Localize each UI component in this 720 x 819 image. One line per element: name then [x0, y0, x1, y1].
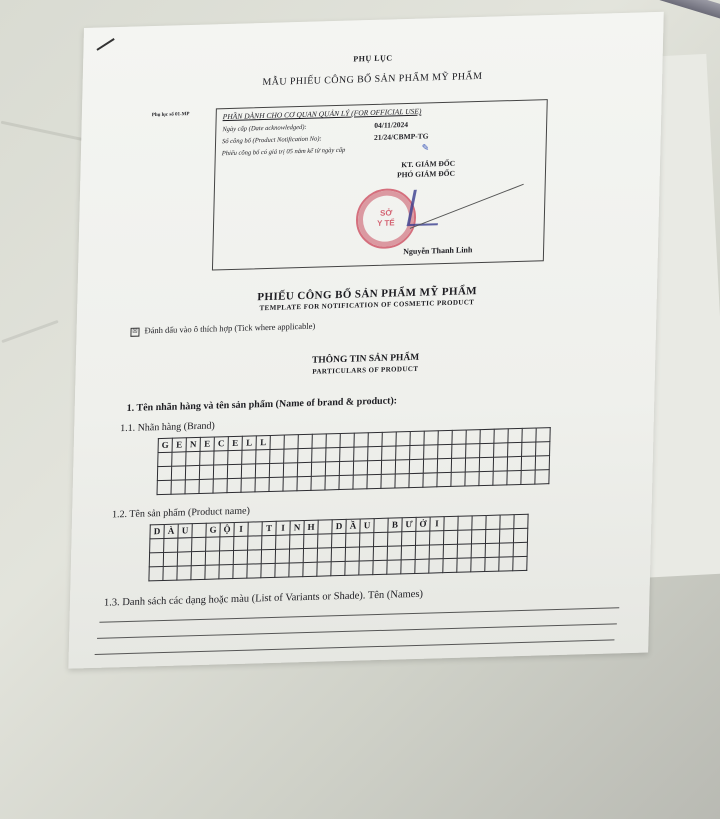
grid-cell: N	[290, 521, 304, 535]
grid-cell	[387, 560, 401, 574]
grid-cell	[206, 537, 220, 551]
product-name-letter-grid: DÀUGỘITINHDẦUBƯỞI	[148, 514, 528, 582]
grid-cell	[233, 550, 247, 564]
grid-cell	[471, 558, 485, 572]
grid-cell	[255, 478, 269, 492]
grid-cell	[255, 463, 269, 477]
grid-cell	[354, 447, 368, 461]
grid-cell	[149, 552, 163, 566]
appendix-label: PHỤ LỤC	[83, 46, 663, 71]
grid-cell	[374, 532, 388, 546]
grid-cell	[163, 566, 177, 580]
grid-cell	[457, 530, 471, 544]
grid-cell: G	[206, 523, 220, 537]
grid-cell: N	[186, 437, 200, 451]
grid-cell	[382, 432, 396, 446]
grid-cell	[522, 442, 536, 456]
signer-title-1: KT. GIÁM ĐỐC	[401, 159, 455, 170]
grid-cell	[535, 456, 549, 470]
grid-cell	[499, 543, 513, 557]
grid-cell	[191, 551, 205, 565]
grid-cell	[220, 537, 234, 551]
grid-cell	[284, 449, 298, 463]
grid-cell	[395, 474, 409, 488]
grid-cell	[185, 465, 199, 479]
notification-number-label: Số công bố (Product Notification No):	[222, 135, 322, 145]
grid-cell	[205, 565, 219, 579]
grid-cell	[507, 470, 521, 484]
grid-cell	[289, 563, 303, 577]
grid-cell	[359, 547, 373, 561]
grid-cell	[381, 460, 395, 474]
grid-cell	[401, 545, 415, 559]
grid-cell	[494, 443, 508, 457]
grid-cell	[191, 565, 205, 579]
grid-cell: Ộ	[220, 522, 234, 536]
grid-cell	[437, 458, 451, 472]
grid-cell	[261, 549, 275, 563]
grid-cell	[367, 474, 381, 488]
grid-cell	[164, 538, 178, 552]
grid-cell	[465, 472, 479, 486]
grid-cell	[513, 556, 527, 570]
grid-cell	[269, 463, 283, 477]
grid-cell	[340, 447, 354, 461]
grid-cell	[387, 532, 401, 546]
answer-line	[97, 623, 617, 639]
grid-cell	[466, 430, 480, 444]
grid-cell	[395, 460, 409, 474]
grid-cell	[270, 449, 284, 463]
grid-cell: I	[430, 517, 444, 531]
grid-cell	[312, 448, 326, 462]
grid-cell	[479, 457, 493, 471]
grid-cell	[270, 435, 284, 449]
grid-cell	[382, 446, 396, 460]
grid-cell	[261, 563, 275, 577]
grid-cell: E	[228, 436, 242, 450]
grid-cell	[452, 444, 466, 458]
grid-cell	[297, 476, 311, 490]
grid-cell	[415, 531, 429, 545]
grid-cell	[401, 531, 415, 545]
grid-cell	[401, 559, 415, 573]
grid-cell	[345, 561, 359, 575]
grid-cell	[325, 462, 339, 476]
grid-cell	[353, 461, 367, 475]
grid-cell: G	[158, 438, 172, 452]
document-page: PHỤ LỤC MẪU PHIẾU CÔNG BỐ SẢN PHẨM MỸ PH…	[68, 12, 663, 669]
grid-cell	[521, 456, 535, 470]
brand-letter-grid: GENECELL	[156, 427, 550, 495]
answer-line	[95, 639, 615, 655]
grid-cell	[451, 472, 465, 486]
grid-cell	[283, 463, 297, 477]
grid-cell	[192, 537, 206, 551]
grid-cell	[429, 531, 443, 545]
grid-cell	[298, 434, 312, 448]
marble-vein	[1, 121, 90, 143]
grid-cell	[234, 536, 248, 550]
grid-cell	[345, 547, 359, 561]
grid-cell	[311, 476, 325, 490]
grid-cell	[480, 429, 494, 443]
grid-cell	[415, 559, 429, 573]
grid-cell	[325, 476, 339, 490]
grid-cell	[507, 456, 521, 470]
grid-cell	[465, 458, 479, 472]
grid-cell	[157, 480, 171, 494]
grid-cell	[205, 551, 219, 565]
grid-cell	[480, 443, 494, 457]
grid-cell	[248, 522, 262, 536]
grid-cell	[242, 450, 256, 464]
grid-cell	[276, 535, 290, 549]
grid-cell	[373, 560, 387, 574]
grid-cell	[318, 534, 332, 548]
grid-cell	[326, 434, 340, 448]
grid-cell	[429, 545, 443, 559]
grid-cell	[353, 475, 367, 489]
form-title: MẪU PHIẾU CÔNG BỐ SẢN PHẨM MỸ PHẨM	[82, 66, 662, 93]
grid-cell	[471, 529, 485, 543]
grid-cell: I	[276, 521, 290, 535]
grid-cell: Ư	[402, 517, 416, 531]
date-value: 04/11/2024	[374, 120, 408, 130]
question-1-1-brand: 1.1. Nhãn hàng (Brand)	[120, 420, 215, 434]
tick-instruction-text: Đánh dấu vào ô thích hợp (Tick where app…	[144, 321, 315, 336]
grid-cell	[424, 445, 438, 459]
validity-note: Phiếu công bố có giá trị 05 năm kể từ ng…	[222, 147, 346, 157]
pen-mark	[96, 38, 114, 51]
grid-cell	[513, 542, 527, 556]
grid-cell	[536, 442, 550, 456]
grid-cell	[471, 543, 485, 557]
question-1-3-variants: 1.3. Danh sách các dạng hoặc màu (List o…	[104, 589, 423, 609]
grid-cell	[368, 432, 382, 446]
grid-cell: B	[388, 518, 402, 532]
grid-cell	[508, 428, 522, 442]
grid-cell: L	[256, 435, 270, 449]
grid-cell	[458, 516, 472, 530]
grid-cell	[262, 535, 276, 549]
grid-cell: À	[164, 524, 178, 538]
grid-cell: Ầ	[346, 519, 360, 533]
grid-cell	[443, 558, 457, 572]
grid-cell	[317, 548, 331, 562]
grid-cell	[298, 448, 312, 462]
grid-cell	[213, 465, 227, 479]
grid-cell	[373, 546, 387, 560]
grid-cell	[429, 559, 443, 573]
grid-cell	[521, 470, 535, 484]
grid-cell	[227, 478, 241, 492]
grid-cell	[499, 557, 513, 571]
grid-cell	[233, 564, 247, 578]
grid-cell	[514, 514, 528, 528]
grid-cell: I	[234, 522, 248, 536]
checked-box-icon: ☒	[130, 327, 139, 336]
stamp-line-1: SỞ	[380, 208, 392, 218]
grid-cell	[536, 428, 550, 442]
grid-cell	[248, 536, 262, 550]
grid-cell: D	[332, 519, 346, 533]
grid-cell	[284, 435, 298, 449]
grid-cell	[332, 533, 346, 547]
grid-cell	[269, 477, 283, 491]
grid-cell	[410, 431, 424, 445]
grid-cell	[318, 520, 332, 534]
grid-cell	[472, 515, 486, 529]
grid-cell	[457, 558, 471, 572]
grid-cell	[219, 565, 233, 579]
grid-cell	[256, 449, 270, 463]
grid-cell	[444, 516, 458, 530]
grid-cell	[199, 465, 213, 479]
grid-cell	[185, 479, 199, 493]
grid-cell	[409, 473, 423, 487]
grid-cell	[438, 444, 452, 458]
grid-cell	[178, 538, 192, 552]
grid-cell	[171, 466, 185, 480]
grid-cell	[219, 551, 233, 565]
grid-cell: D	[150, 524, 164, 538]
grid-cell	[500, 515, 514, 529]
grid-cell: L	[242, 436, 256, 450]
grid-cell	[443, 544, 457, 558]
grid-cell	[213, 479, 227, 493]
grid-cell	[354, 433, 368, 447]
grid-cell	[297, 462, 311, 476]
grid-cell	[200, 451, 214, 465]
grid-cell: T	[262, 521, 276, 535]
grid-cell	[241, 464, 255, 478]
grid-cell	[192, 523, 206, 537]
grid-cell: E	[172, 438, 186, 452]
grid-cell	[493, 471, 507, 485]
official-use-box: PHẦN DÀNH CHO CƠ QUAN QUẢN LÝ (FOR OFFIC…	[212, 99, 548, 270]
pen-scribble-icon: ✎	[422, 142, 430, 150]
question-1: 1. Tên nhãn hàng và tên sản phẩm (Name o…	[127, 395, 398, 414]
grid-cell	[359, 561, 373, 575]
date-label: Ngày cấp (Date acknowledged):	[222, 124, 306, 133]
grid-cell	[177, 566, 191, 580]
grid-cell	[360, 533, 374, 547]
grid-cell	[466, 444, 480, 458]
grid-cell	[535, 470, 549, 484]
grid-cell	[493, 457, 507, 471]
tick-instruction: ☒Đánh dấu vào ô thích hợp (Tick where ap…	[130, 321, 315, 337]
grid-cell	[479, 471, 493, 485]
grid-cell	[438, 430, 452, 444]
grid-cell	[150, 538, 164, 552]
grid-cell	[396, 432, 410, 446]
grid-cell	[410, 445, 424, 459]
grid-cell	[451, 458, 465, 472]
grid-cell	[172, 452, 186, 466]
grid-cell	[304, 534, 318, 548]
grid-cell	[289, 549, 303, 563]
grid-cell	[485, 543, 499, 557]
annex-code: Phụ lục số 01-MP	[152, 112, 190, 118]
grid-cell	[396, 446, 410, 460]
grid-cell: E	[200, 437, 214, 451]
grid-cell	[339, 475, 353, 489]
grid-cell	[149, 566, 163, 580]
grid-cell	[485, 529, 499, 543]
grid-cell	[177, 552, 191, 566]
grid-cell	[452, 430, 466, 444]
grid-cell: C	[214, 437, 228, 451]
grid-cell: U	[178, 524, 192, 538]
grid-cell	[311, 462, 325, 476]
grid-cell	[158, 452, 172, 466]
grid-cell	[340, 433, 354, 447]
grid-cell	[326, 448, 340, 462]
grid-cell	[437, 472, 451, 486]
grid-cell: U	[360, 519, 374, 533]
grid-cell	[374, 518, 388, 532]
grid-cell	[214, 451, 228, 465]
grid-cell	[486, 515, 500, 529]
grid-cell	[346, 533, 360, 547]
grid-cell	[457, 544, 471, 558]
grid-cell	[368, 446, 382, 460]
grid-cell	[283, 477, 297, 491]
grid-cell	[339, 461, 353, 475]
grid-cell	[275, 563, 289, 577]
grid-cell	[424, 431, 438, 445]
grid-cell	[171, 480, 185, 494]
grid-cell	[275, 549, 289, 563]
grid-cell	[157, 466, 171, 480]
grid-cell	[423, 473, 437, 487]
grid-cell	[241, 478, 255, 492]
grid-cell	[247, 550, 261, 564]
grid-cell	[423, 459, 437, 473]
grid-cell	[387, 546, 401, 560]
grid-cell	[186, 451, 200, 465]
official-use-heading: PHẦN DÀNH CHO CƠ QUAN QUẢN LÝ (FOR OFFIC…	[223, 107, 422, 122]
grid-cell	[290, 535, 304, 549]
notification-number-value: 21/24/CBMP-TG	[374, 131, 429, 142]
grid-cell: Ở	[416, 517, 430, 531]
grid-cell	[227, 464, 241, 478]
signer-title-2: PHÓ GIÁM ĐỐC	[397, 169, 455, 180]
grid-cell: H	[304, 520, 318, 534]
grid-cell	[303, 562, 317, 576]
signer-name: Nguyễn Thanh Linh	[403, 245, 472, 256]
grid-cell	[247, 564, 261, 578]
grid-cell	[522, 428, 536, 442]
grid-cell	[317, 562, 331, 576]
grid-cell	[331, 561, 345, 575]
grid-cell	[331, 547, 345, 561]
grid-cell	[485, 557, 499, 571]
grid-cell	[508, 442, 522, 456]
grid-cell	[499, 529, 513, 543]
grid-cell	[312, 434, 326, 448]
grid-cell	[381, 474, 395, 488]
grid-cell	[228, 450, 242, 464]
grid-cell	[367, 460, 381, 474]
grid-cell	[199, 479, 213, 493]
question-1-2-product-name: 1.2. Tên sản phẩm (Product name)	[112, 506, 250, 521]
grid-cell	[415, 545, 429, 559]
grid-cell	[513, 528, 527, 542]
marble-vein	[1, 320, 58, 343]
grid-cell	[494, 429, 508, 443]
answer-line	[99, 607, 619, 623]
grid-cell	[303, 548, 317, 562]
grid-cell	[409, 459, 423, 473]
grid-cell	[443, 530, 457, 544]
stamp-line-2: Y TẾ	[377, 218, 395, 229]
grid-cell	[163, 552, 177, 566]
